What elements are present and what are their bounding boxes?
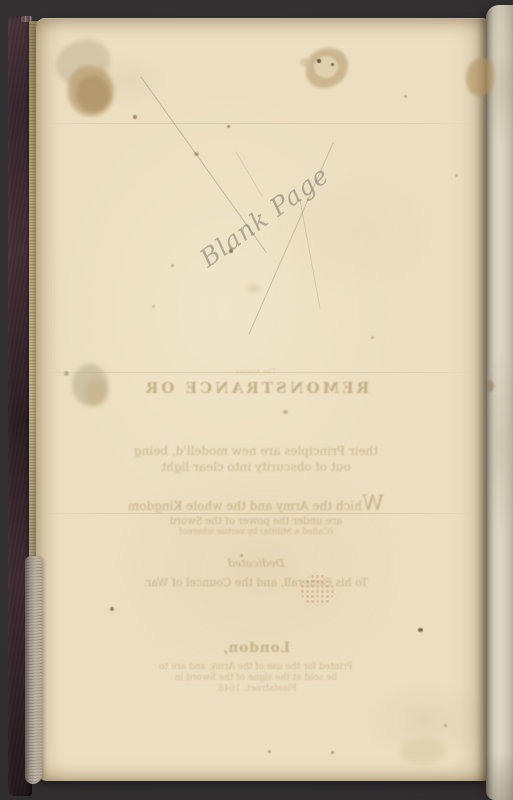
foxing-spot: [283, 410, 288, 414]
stain-blob: [400, 738, 446, 764]
foxing-spot: [240, 554, 243, 557]
foxing-spot: [229, 249, 233, 253]
stain-blob: [76, 76, 110, 112]
foxing-spot: [110, 607, 114, 611]
stain-blob: [248, 284, 260, 293]
foxing-spot: [268, 750, 271, 753]
foxing-spot: [418, 628, 423, 632]
stain-blob: [84, 378, 108, 406]
foxing-spot: [371, 336, 374, 339]
foxing-spot: [404, 95, 407, 98]
pencil-stroke: [249, 143, 333, 334]
book-photograph: The ArmiesREMONSTRANCE ORtheir Principle…: [0, 0, 513, 800]
pencil-stroke: [236, 152, 262, 196]
foxing-spot: [317, 59, 321, 63]
foxing-spot: [64, 371, 69, 376]
foxing-spot: [455, 174, 458, 177]
curled-next-leaf: [486, 5, 513, 800]
pencil-stroke: [300, 200, 320, 308]
pencil-stroke: [141, 77, 266, 252]
foxing-spot: [194, 152, 199, 156]
foxing-spot: [331, 751, 334, 754]
stain-blob: [466, 58, 494, 96]
foxing-spot: [331, 63, 334, 66]
foxing-spot: [171, 264, 174, 267]
foxing-spot: [444, 724, 447, 727]
foxing-spot: [152, 305, 155, 308]
foxing-spot: [487, 380, 494, 392]
foxing-spot: [227, 125, 230, 128]
foxing-spot: [133, 115, 137, 119]
stain-blob: [300, 58, 310, 67]
red-dotted-stamp-mark: [300, 574, 334, 606]
pencil-inscription: Blank Page: [194, 160, 335, 273]
